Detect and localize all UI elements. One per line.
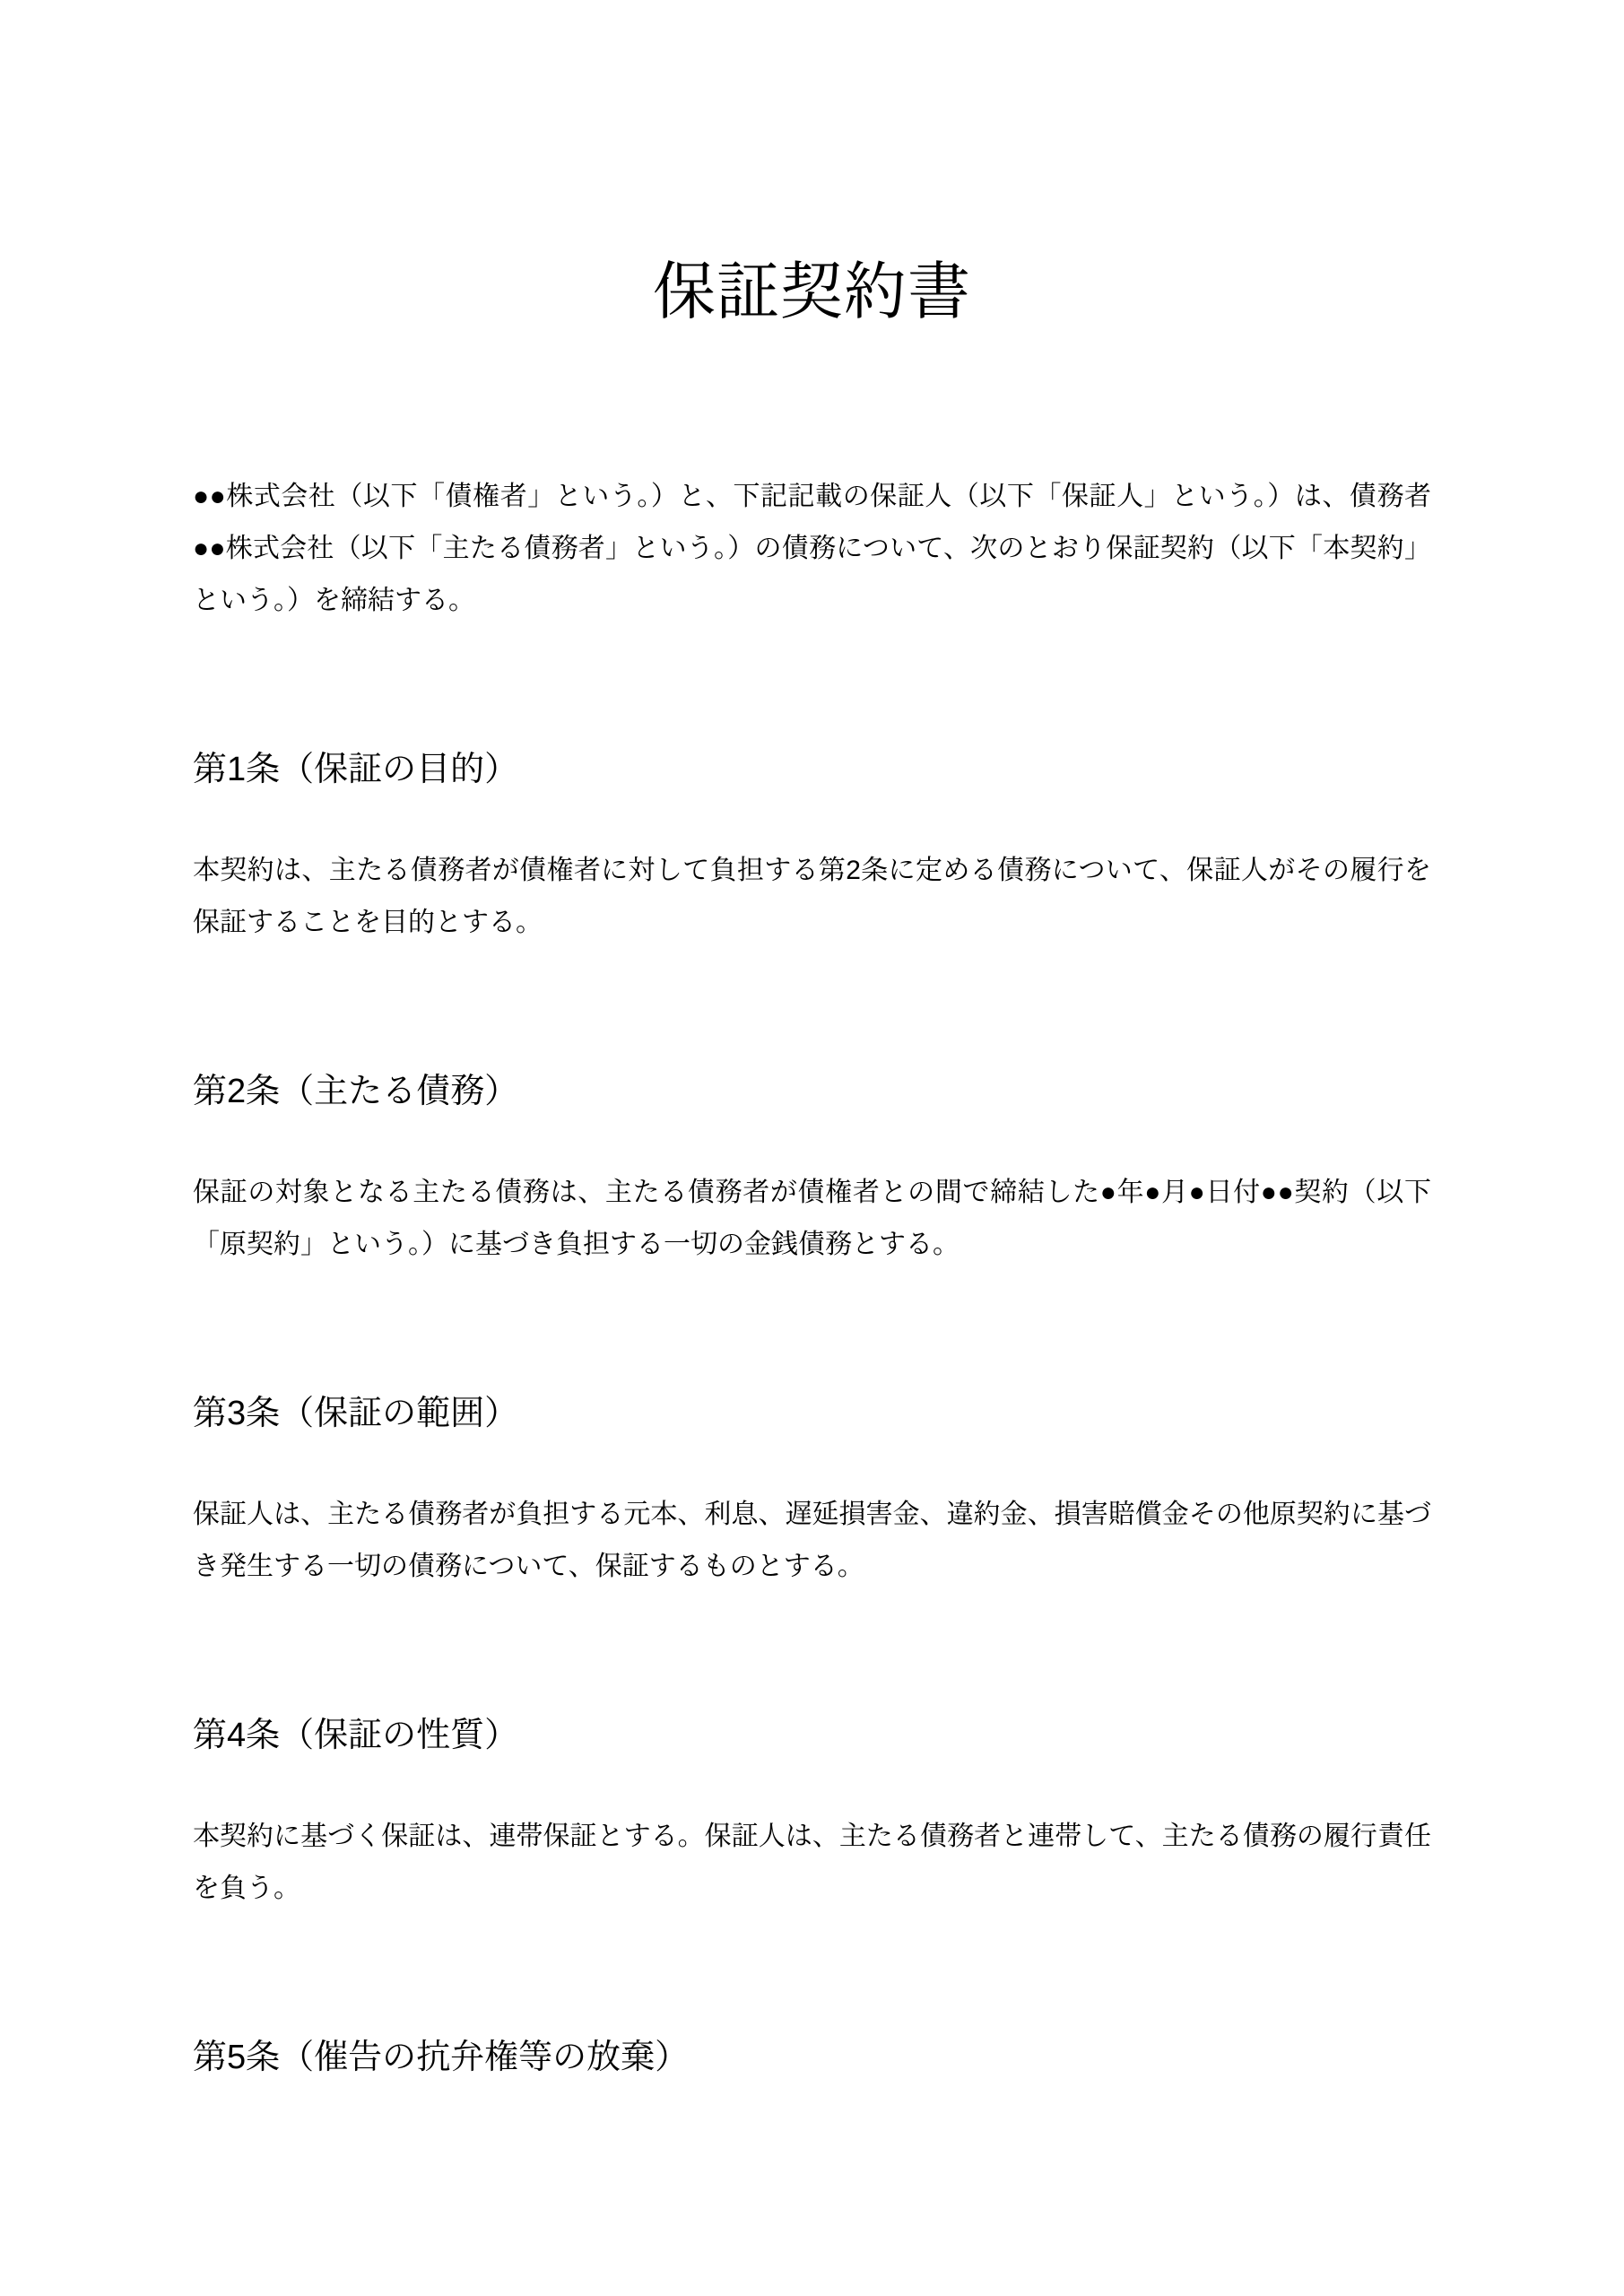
article-2-heading: 第2条（主たる債務） [193, 1070, 1431, 1113]
article-1-heading: 第1条（保証の目的） [193, 748, 1431, 791]
article-1-body: 本契約は、主たる債務者が債権者に対して負担する第2条に定める債務について、保証人… [193, 845, 1431, 949]
article-4-body: 本契約に基づく保証は、連帯保証とする。保証人は、主たる債務者と連帯して、主たる債… [193, 1811, 1431, 1915]
article-section: 第5条（催告の抗弁権等の放棄） [193, 2036, 1431, 2079]
article-section: 第3条（保証の範囲） 保証人は、主たる債務者が負担する元本、利息、遅延損害金、違… [193, 1392, 1431, 1593]
document-title: 保証契約書 [193, 256, 1431, 327]
article-section: 第1条（保証の目的） 本契約は、主たる債務者が債権者に対して負担する第2条に定め… [193, 748, 1431, 949]
article-3-heading: 第3条（保証の範囲） [193, 1392, 1431, 1435]
article-section: 第2条（主たる債務） 保証の対象となる主たる債務は、主たる債務者が債権者との間で… [193, 1070, 1431, 1271]
article-4-heading: 第4条（保証の性質） [193, 1714, 1431, 1757]
preamble-paragraph: ●●株式会社（以下「債権者」という。）と、下記記載の保証人（以下「保証人」という… [193, 471, 1431, 627]
article-2-body: 保証の対象となる主たる債務は、主たる債務者が債権者との間で締結した●年●月●日付… [193, 1167, 1431, 1271]
article-3-body: 保証人は、主たる債務者が負担する元本、利息、遅延損害金、違約金、損害賠償金その他… [193, 1489, 1431, 1593]
article-5-heading: 第5条（催告の抗弁権等の放棄） [193, 2036, 1431, 2079]
document-page: 保証契約書 ●●株式会社（以下「債権者」という。）と、下記記載の保証人（以下「保… [0, 0, 1624, 2296]
article-section: 第4条（保証の性質） 本契約に基づく保証は、連帯保証とする。保証人は、主たる債務… [193, 1714, 1431, 1915]
